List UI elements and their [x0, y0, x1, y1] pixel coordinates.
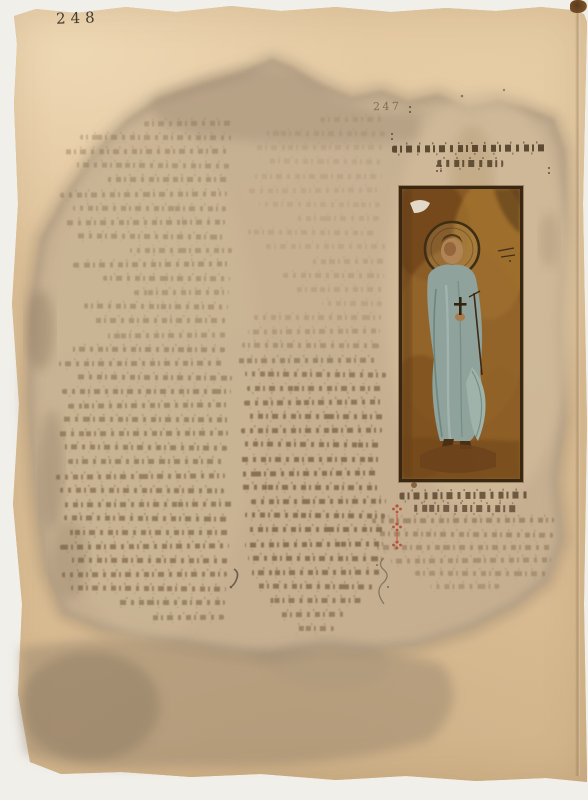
script-line	[76, 233, 224, 239]
script-line	[63, 219, 225, 225]
diacritic-dots-icon	[409, 106, 411, 108]
diacritic-dots-icon	[436, 165, 438, 167]
script-line	[130, 248, 232, 253]
script-line	[60, 191, 227, 197]
script-line	[247, 386, 385, 391]
syriac-heading-block	[392, 145, 548, 183]
script-line	[80, 135, 231, 141]
script-line	[240, 457, 380, 462]
script-line	[243, 442, 381, 448]
script-line	[62, 389, 231, 394]
script-line	[93, 318, 227, 323]
script-line	[73, 261, 231, 267]
script-line	[399, 491, 530, 499]
ink-flourish-mark	[372, 556, 392, 608]
script-line	[62, 572, 227, 578]
script-line	[242, 470, 379, 476]
script-line	[248, 329, 381, 335]
script-line	[246, 414, 383, 420]
script-line	[150, 614, 224, 620]
script-line	[266, 598, 361, 603]
script-line	[415, 571, 550, 577]
red-rosette-ornament	[390, 500, 404, 556]
script-line	[240, 485, 378, 491]
script-line	[283, 272, 384, 277]
column-gap-mark	[226, 567, 242, 591]
script-line	[412, 505, 518, 512]
script-line	[244, 399, 384, 405]
script-line	[74, 163, 229, 169]
script-line	[144, 121, 232, 127]
middle-text-column	[242, 117, 386, 649]
script-line	[62, 417, 229, 423]
script-line	[59, 360, 224, 366]
script-line	[249, 187, 382, 193]
script-line	[294, 287, 383, 292]
script-line	[293, 216, 379, 221]
script-line	[84, 304, 228, 310]
script-line	[116, 600, 225, 605]
script-line	[62, 445, 227, 451]
script-line	[60, 487, 224, 493]
hand-cross-icon	[459, 297, 462, 315]
script-line	[259, 202, 380, 208]
script-line	[430, 584, 499, 589]
manuscript-photo: 248 247	[0, 0, 588, 800]
script-line	[241, 428, 382, 434]
script-line	[245, 541, 383, 547]
script-line	[60, 543, 229, 549]
script-line	[242, 343, 379, 349]
diacritic-dots-icon	[548, 167, 550, 169]
script-line	[262, 244, 386, 249]
script-line	[248, 555, 382, 561]
script-line	[247, 527, 384, 532]
script-line	[320, 117, 386, 123]
script-line	[268, 159, 383, 165]
script-line	[254, 145, 384, 151]
top-right-dark-spot	[570, 0, 587, 13]
script-line	[71, 586, 226, 592]
script-line	[56, 473, 225, 479]
script-line	[105, 177, 228, 182]
script-line	[281, 612, 347, 618]
script-line	[68, 530, 230, 535]
script-line	[264, 131, 385, 137]
script-line	[70, 558, 228, 564]
script-line	[106, 332, 226, 338]
script-line	[310, 258, 385, 264]
script-line	[70, 346, 225, 352]
script-line	[68, 459, 226, 464]
script-line	[255, 174, 382, 179]
script-line	[254, 315, 381, 320]
script-line	[65, 149, 230, 155]
script-line	[255, 583, 373, 589]
script-line	[437, 160, 503, 167]
script-line	[294, 626, 334, 631]
script-line	[251, 499, 386, 505]
binding-crease	[575, 8, 580, 776]
script-line	[73, 205, 226, 211]
script-line	[103, 276, 230, 282]
script-line	[134, 290, 229, 295]
script-line	[68, 402, 230, 408]
left-text-column	[56, 121, 232, 637]
folio-number-247: 247	[373, 100, 402, 113]
script-line	[245, 513, 385, 519]
script-line	[248, 230, 378, 236]
script-line	[238, 357, 378, 363]
script-line	[245, 371, 386, 377]
script-line	[251, 570, 381, 576]
saint-miniature-painting	[402, 189, 520, 479]
script-line	[56, 431, 228, 437]
script-line	[391, 557, 551, 563]
saint-miniature	[399, 186, 523, 482]
script-line	[322, 301, 383, 307]
folio-number-248: 248	[56, 8, 100, 28]
script-line	[61, 501, 232, 507]
diacritic-dots-icon	[391, 133, 393, 135]
script-line	[64, 515, 231, 521]
script-line	[74, 374, 232, 380]
script-line	[392, 144, 548, 152]
